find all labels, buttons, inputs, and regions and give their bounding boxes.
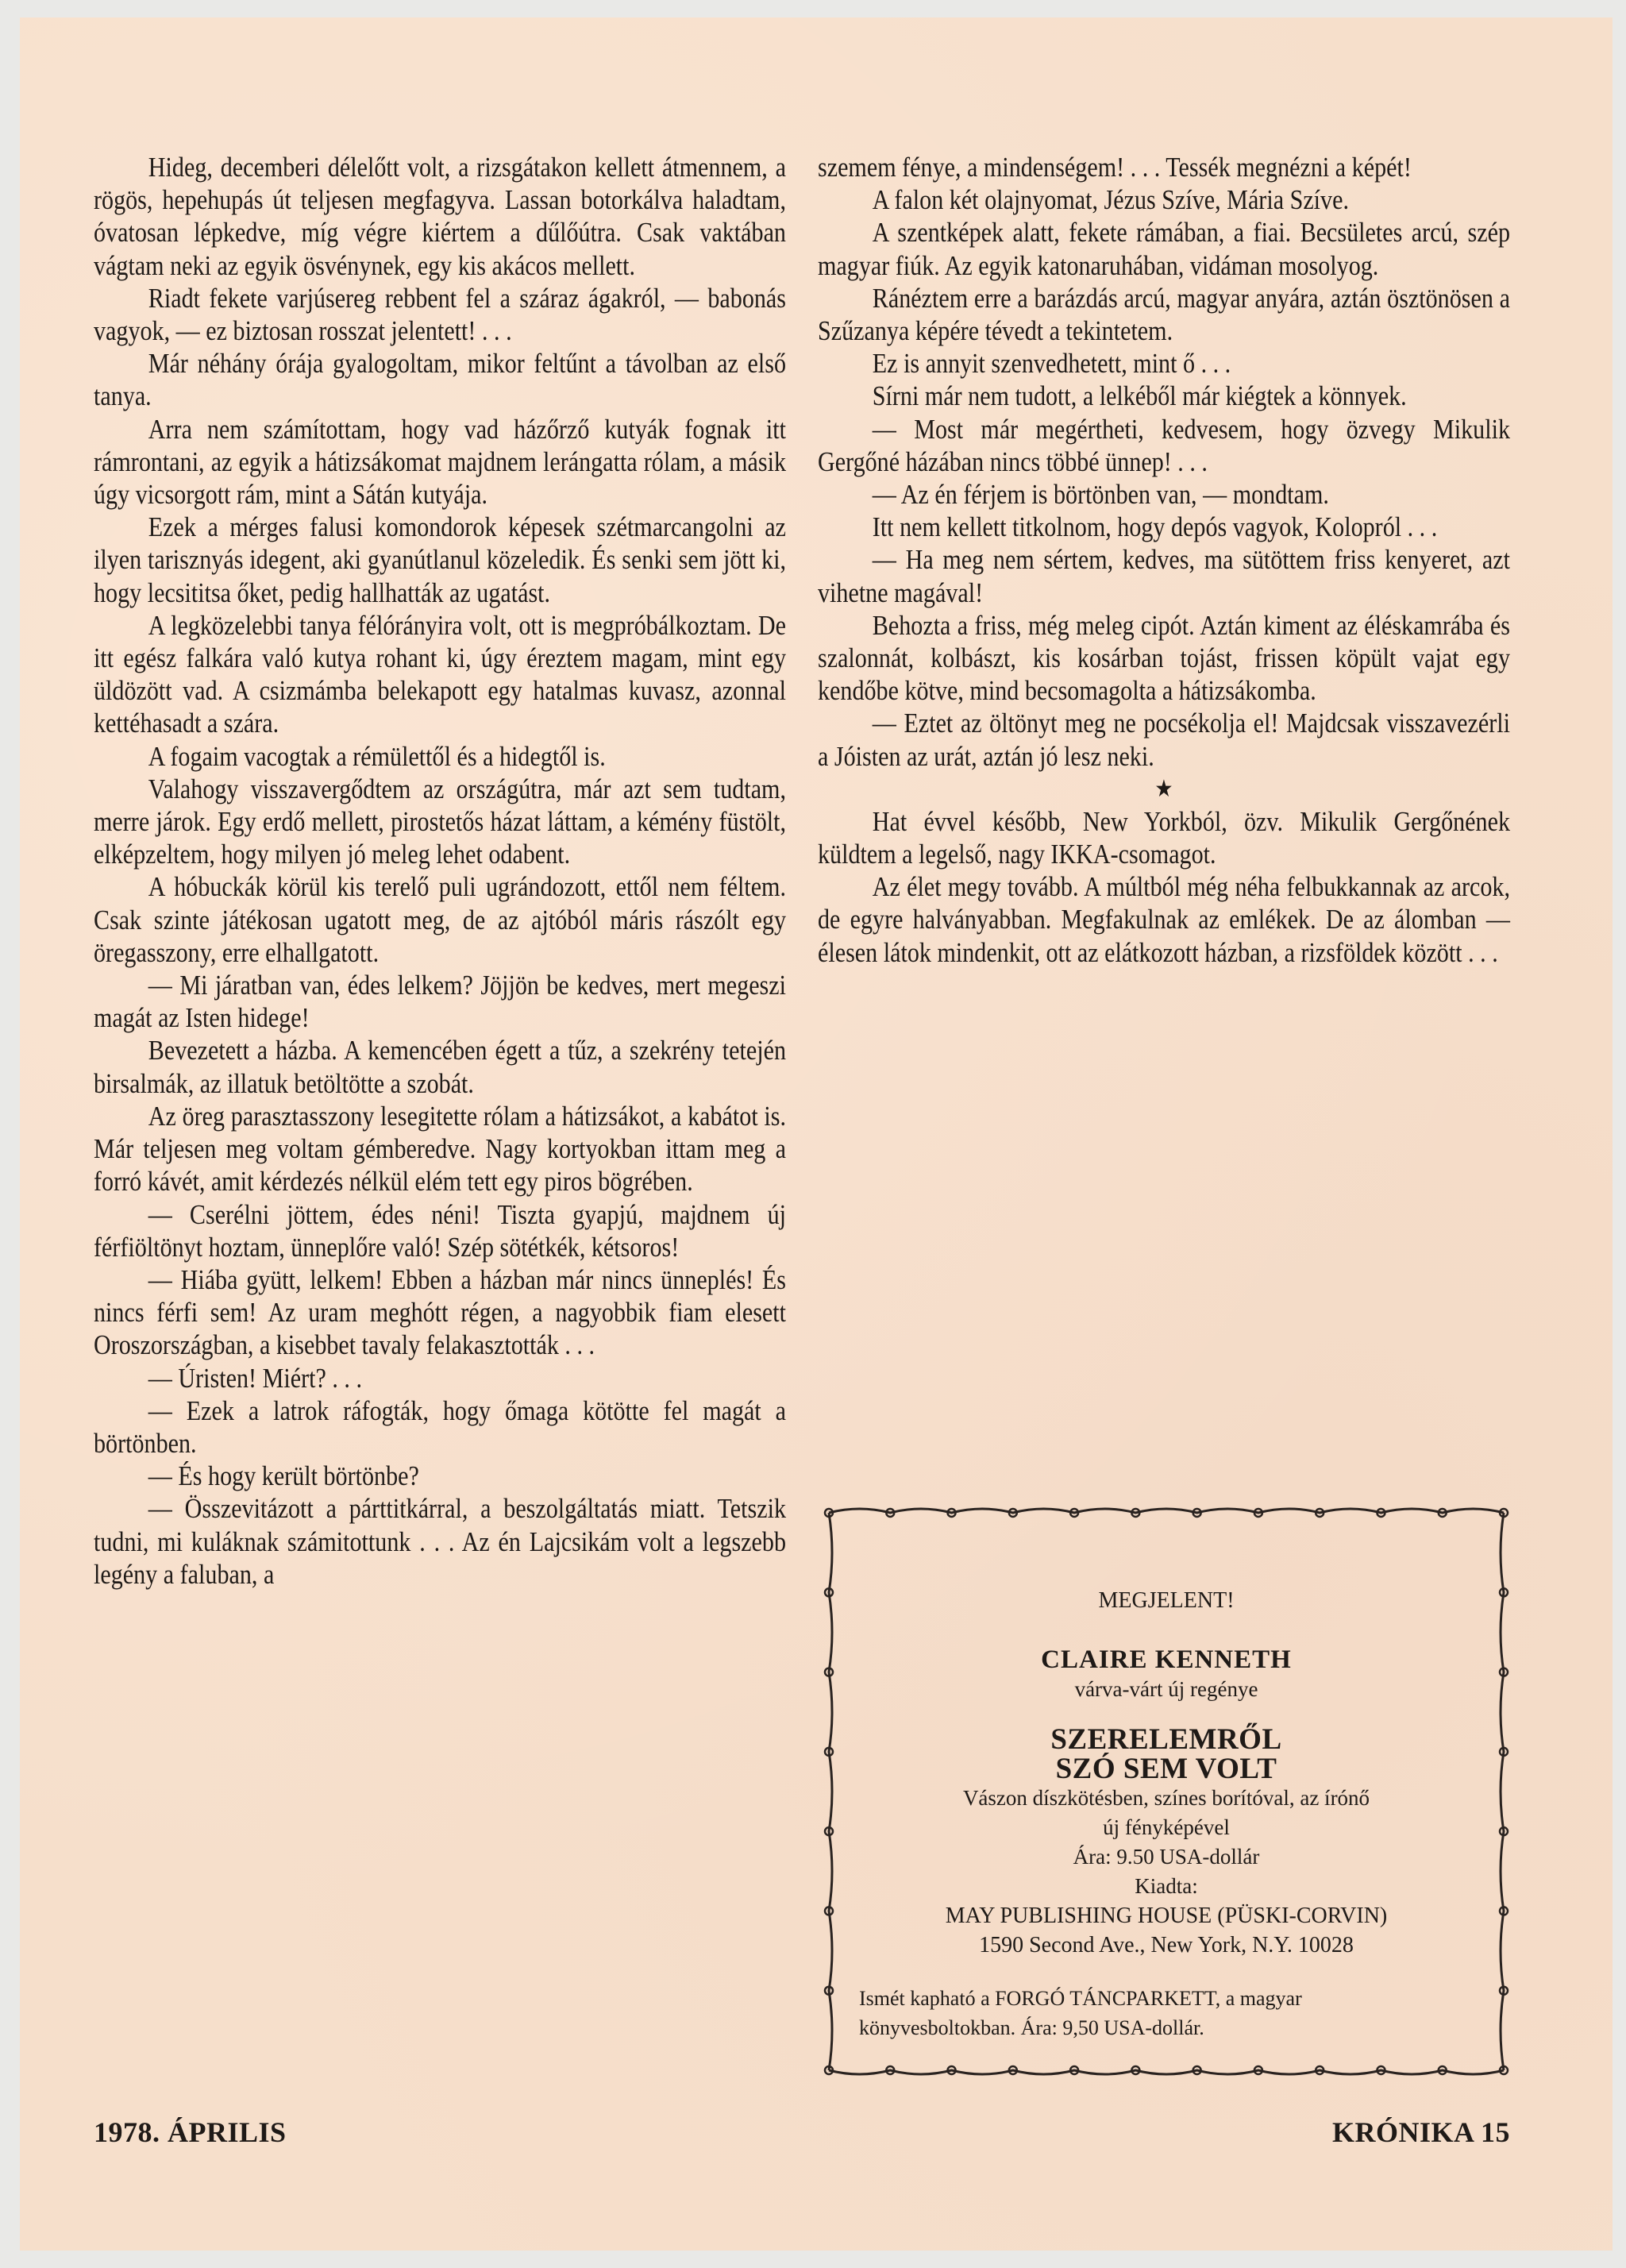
paragraph: — Most már megértheti, kedvesem, hogy öz…: [818, 413, 1510, 478]
paragraph: — Cserélni jöttem, édes néni! Tiszta gya…: [94, 1198, 786, 1263]
paragraph: Bevezetett a házba. A kemencében égett a…: [94, 1034, 786, 1099]
footer-publication-page: KRÓNIKA 15: [1332, 2116, 1510, 2149]
paragraph: — Az én férjem is börtönben van, — mondt…: [818, 478, 1510, 511]
ad-publisher-label: Kiadta:: [851, 1872, 1482, 1901]
ad-subtitle: várva-várt új regénye: [851, 1675, 1482, 1704]
ad-author: CLAIRE KENNETH: [851, 1645, 1482, 1675]
paragraph: — És hogy került börtönbe?: [94, 1460, 786, 1492]
paragraph: — Összevitázott a párttitkárral, a beszo…: [94, 1492, 786, 1591]
paragraph: — Eztet az öltönyt meg ne pocsékolja el!…: [818, 707, 1510, 772]
section-break-star-icon: ★: [818, 773, 1510, 805]
paragraph: szemem fénye, a mindenségem! . . . Tessé…: [818, 151, 1510, 183]
ad-description-line1: Vászon díszkötésben, színes borítóval, a…: [851, 1784, 1482, 1813]
paragraph: Hat évvel később, New Yorkból, özv. Miku…: [818, 805, 1510, 870]
paragraph: — Úristen! Miért? . . .: [94, 1362, 786, 1394]
paragraph: Már néhány órája gyalogoltam, mikor felt…: [94, 347, 786, 412]
paragraph: — Ezek a latrok ráfogták, hogy őmaga köt…: [94, 1394, 786, 1460]
ad-address: 1590 Second Ave., New York, N.Y. 10028: [851, 1930, 1482, 1960]
paragraph: Behozta a friss, még meleg cipót. Aztán …: [818, 609, 1510, 708]
paragraph: Sírni már nem tudott, a lelkéből már kié…: [818, 380, 1510, 412]
ad-publisher: MAY PUBLISHING HOUSE (PÜSKI-CORVIN): [851, 1901, 1482, 1930]
ad-price: Ára: 9.50 USA-dollár: [851, 1842, 1482, 1872]
paragraph: A legközelebbi tanya félórányira volt, o…: [94, 609, 786, 740]
paragraph: Az élet megy tovább. A múltból még néha …: [818, 870, 1510, 969]
paragraph: — Hiába gyütt, lelkem! Ebben a házban má…: [94, 1263, 786, 1362]
paragraph: Valahogy visszavergődtem az országútra, …: [94, 773, 786, 871]
advertisement-box: MEGJELENT! CLAIRE KENNETH várva-várt új …: [819, 1497, 1513, 2086]
paragraph: Az öreg parasztasszony lesegitette rólam…: [94, 1100, 786, 1198]
footer-date: 1978. ÁPRILIS: [94, 2116, 287, 2149]
ad-also-available-line1: Ismét kapható a FORGÓ TÁNCPARKETT, a mag…: [851, 1984, 1482, 2013]
ad-book-title-line2: SZÓ SEM VOLT: [851, 1754, 1482, 1784]
paragraph: Ránéztem erre a barázdás arcú, magyar an…: [818, 282, 1510, 347]
right-text-column: szemem fénye, a mindenségem! . . . Tessé…: [818, 151, 1510, 969]
paragraph: Hideg, decemberi délelőtt volt, a rizsgá…: [94, 151, 786, 282]
paragraph: Itt nem kellett titkolnom, hogy depós va…: [818, 511, 1510, 543]
paragraph: — Mi járatban van, édes lelkem? Jöjjön b…: [94, 969, 786, 1034]
paragraph: A falon két olajnyomat, Jézus Szíve, Már…: [818, 183, 1510, 216]
paragraph: Ezek a mérges falusi komondorok képesek …: [94, 511, 786, 609]
paragraph: Arra nem számítottam, hogy vad házőrző k…: [94, 413, 786, 511]
paragraph: — Ha meg nem sértem, kedves, ma sütöttem…: [818, 543, 1510, 608]
ad-also-available-line2: könyvesboltokban. Ára: 9,50 USA-dollár.: [851, 2013, 1482, 2042]
paragraph: Ez is annyit szenvedhetett, mint ő . . .: [818, 347, 1510, 380]
ad-description-line2: új fényképével: [851, 1813, 1482, 1842]
ad-heading: MEGJELENT!: [851, 1586, 1482, 1615]
paragraph: A szentképek alatt, fekete rámában, a fi…: [818, 216, 1510, 281]
paragraph: A fogaim vacogtak a rémülettől és a hide…: [94, 740, 786, 773]
paragraph: Riadt fekete varjúsereg rebbent fel a sz…: [94, 282, 786, 347]
ad-book-title-line1: SZERELEMRŐL: [851, 1725, 1482, 1754]
paragraph: A hóbuckák körül kis terelő puli ugrándo…: [94, 870, 786, 969]
left-text-column: Hideg, decemberi délelőtt volt, a rizsgá…: [94, 151, 786, 1591]
